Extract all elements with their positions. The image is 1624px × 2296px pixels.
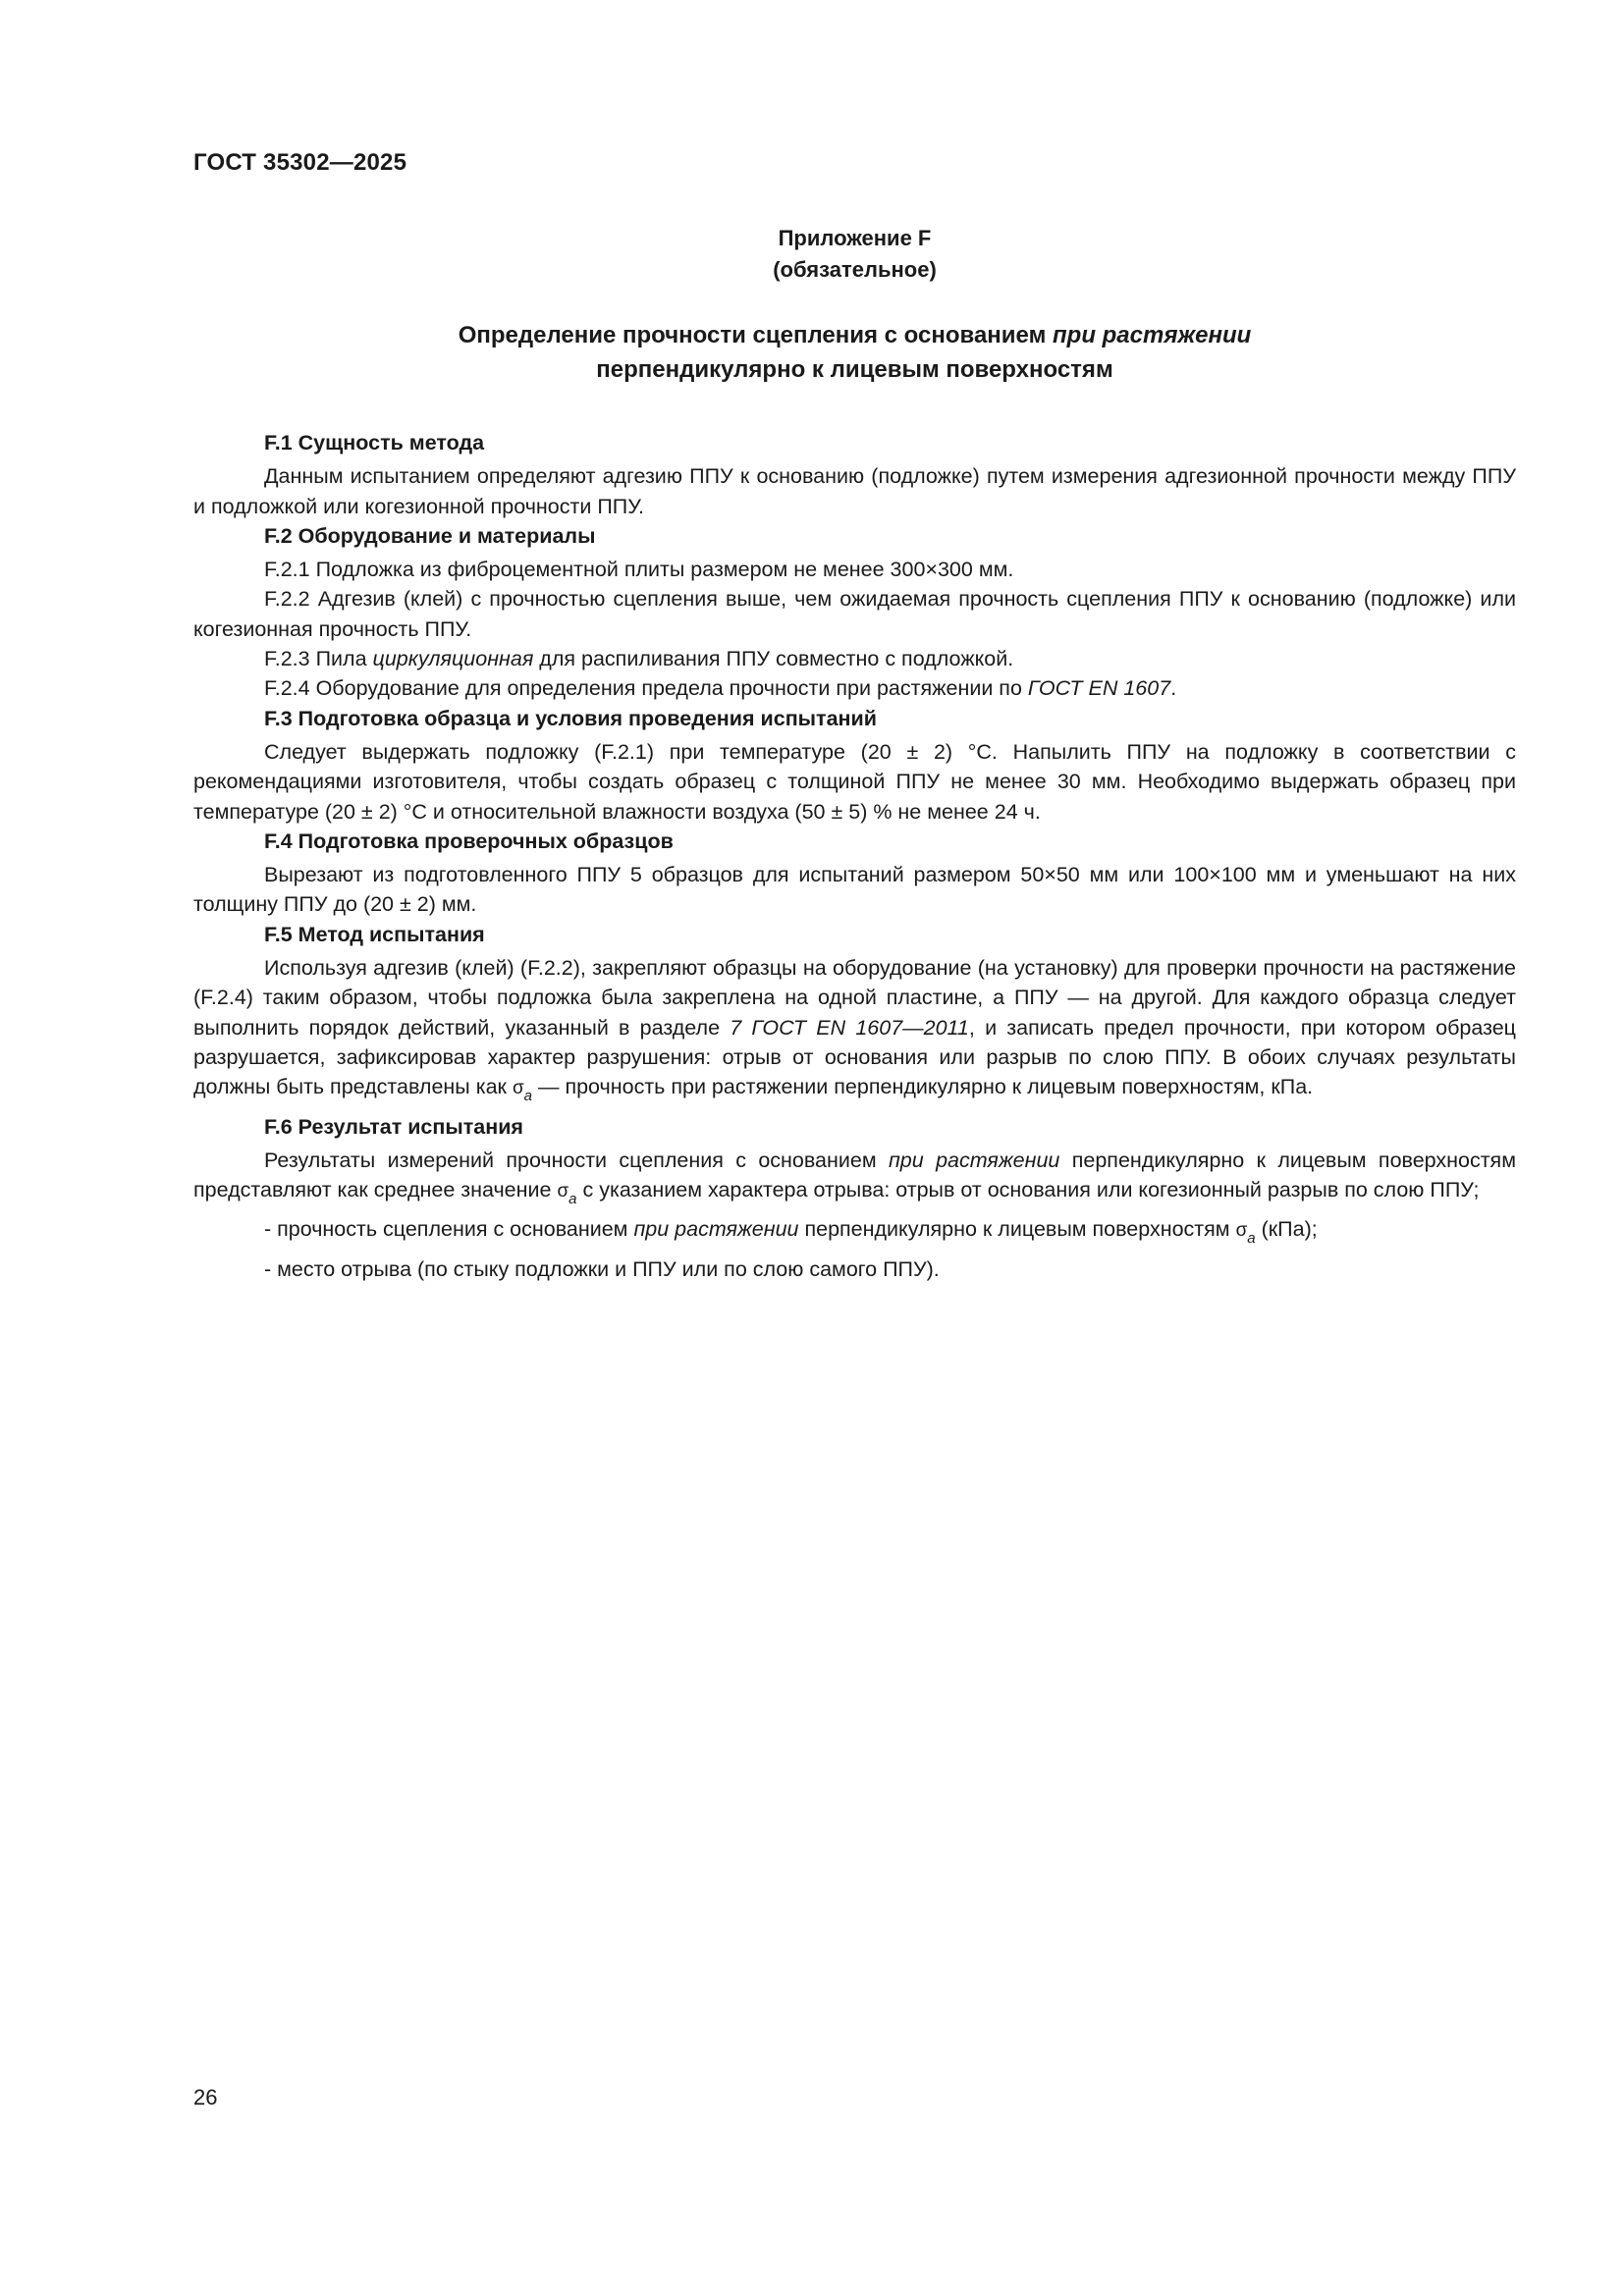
- section-f2: F.2 Оборудование и материалы F.2.1 Подло…: [193, 521, 1516, 704]
- annex-label: Приложение F: [193, 226, 1516, 251]
- subscript: a: [1247, 1230, 1255, 1247]
- annex-status: (обязательное): [193, 257, 1516, 283]
- reference-link: ГОСТ EN 1607: [1028, 676, 1170, 700]
- text-run: (кПа);: [1256, 1217, 1318, 1241]
- italic-run: при растяжении: [889, 1148, 1059, 1172]
- sigma-symbol: σ: [1236, 1220, 1248, 1241]
- page-number: 26: [193, 2085, 217, 2110]
- section-f1: F.1 Сущность метода Данным испытанием оп…: [193, 428, 1516, 521]
- list-item: - место отрыва (по стыку подложки и ППУ …: [193, 1255, 1516, 1284]
- section-f4: F.4 Подготовка проверочных образцов Выре…: [193, 827, 1516, 920]
- annex-title-line2: перпендикулярно к лицевым поверхностям: [596, 356, 1112, 383]
- document-code: ГОСТ 35302—2025: [193, 149, 406, 177]
- text-run: с указанием характера отрыва: отрыв от о…: [577, 1178, 1480, 1201]
- section-f3: F.3 Подготовка образца и условия проведе…: [193, 704, 1516, 827]
- annex-title: Определение прочности сцепления с основа…: [193, 318, 1516, 387]
- section-heading: F.2 Оборудование и материалы: [193, 521, 1516, 551]
- text-run: Результаты измерений прочности сцепления…: [264, 1148, 889, 1172]
- paragraph: Следует выдержать подложку (F.2.1) при т…: [193, 737, 1516, 827]
- paragraph: F.2.1 Подложка из фиброцементной плиты р…: [193, 555, 1516, 584]
- section-f5: F.5 Метод испытания Используя адгезив (к…: [193, 920, 1516, 1112]
- text-run: F.2.4 Оборудование для определения преде…: [264, 676, 1028, 700]
- subscript: a: [524, 1088, 532, 1104]
- paragraph: Используя адгезив (клей) (F.2.2), закреп…: [193, 953, 1516, 1111]
- paragraph: Результаты измерений прочности сцепления…: [193, 1146, 1516, 1215]
- section-heading: F.6 Результат испытания: [193, 1112, 1516, 1142]
- text-run: - прочность сцепления с основанием: [264, 1217, 633, 1241]
- text-run: .: [1170, 676, 1176, 700]
- section-heading: F.3 Подготовка образца и условия проведе…: [193, 704, 1516, 733]
- annex-title-part1: Определение прочности сцепления с основа…: [459, 322, 1053, 348]
- italic-run: при растяжении: [633, 1217, 798, 1241]
- section-heading: F.1 Сущность метода: [193, 428, 1516, 457]
- section-heading: F.5 Метод испытания: [193, 920, 1516, 949]
- annex-title-italic: при растяжении: [1053, 322, 1251, 348]
- paragraph: F.2.3 Пила циркуляционная для распиливан…: [193, 644, 1516, 673]
- paragraph: F.2.2 Адгезив (клей) с прочностью сцепле…: [193, 584, 1516, 644]
- paragraph: Данным испытанием определяют адгезию ППУ…: [193, 461, 1516, 521]
- text-run: F.2.3 Пила: [264, 647, 373, 670]
- text-run: для распиливания ППУ совместно с подложк…: [533, 647, 1013, 670]
- sigma-symbol: σ: [557, 1181, 568, 1201]
- section-f6: F.6 Результат испытания Результаты измер…: [193, 1112, 1516, 1284]
- list-item: - прочность сцепления с основанием при р…: [193, 1214, 1516, 1254]
- paragraph: F.2.4 Оборудование для определения преде…: [193, 673, 1516, 703]
- text-run: — прочность при растяжении перпендикуляр…: [532, 1075, 1313, 1098]
- document-body: F.1 Сущность метода Данным испытанием оп…: [193, 428, 1516, 1284]
- text-run: перпендикулярно к лицевым поверхностям: [799, 1217, 1236, 1241]
- italic-run: циркуляционная: [373, 647, 534, 670]
- paragraph: Вырезают из подготовленного ППУ 5 образц…: [193, 860, 1516, 920]
- subscript: a: [568, 1191, 576, 1207]
- reference-link: 7 ГОСТ EN 1607—2011: [730, 1016, 969, 1040]
- section-heading: F.4 Подготовка проверочных образцов: [193, 827, 1516, 856]
- sigma-symbol: σ: [513, 1078, 524, 1098]
